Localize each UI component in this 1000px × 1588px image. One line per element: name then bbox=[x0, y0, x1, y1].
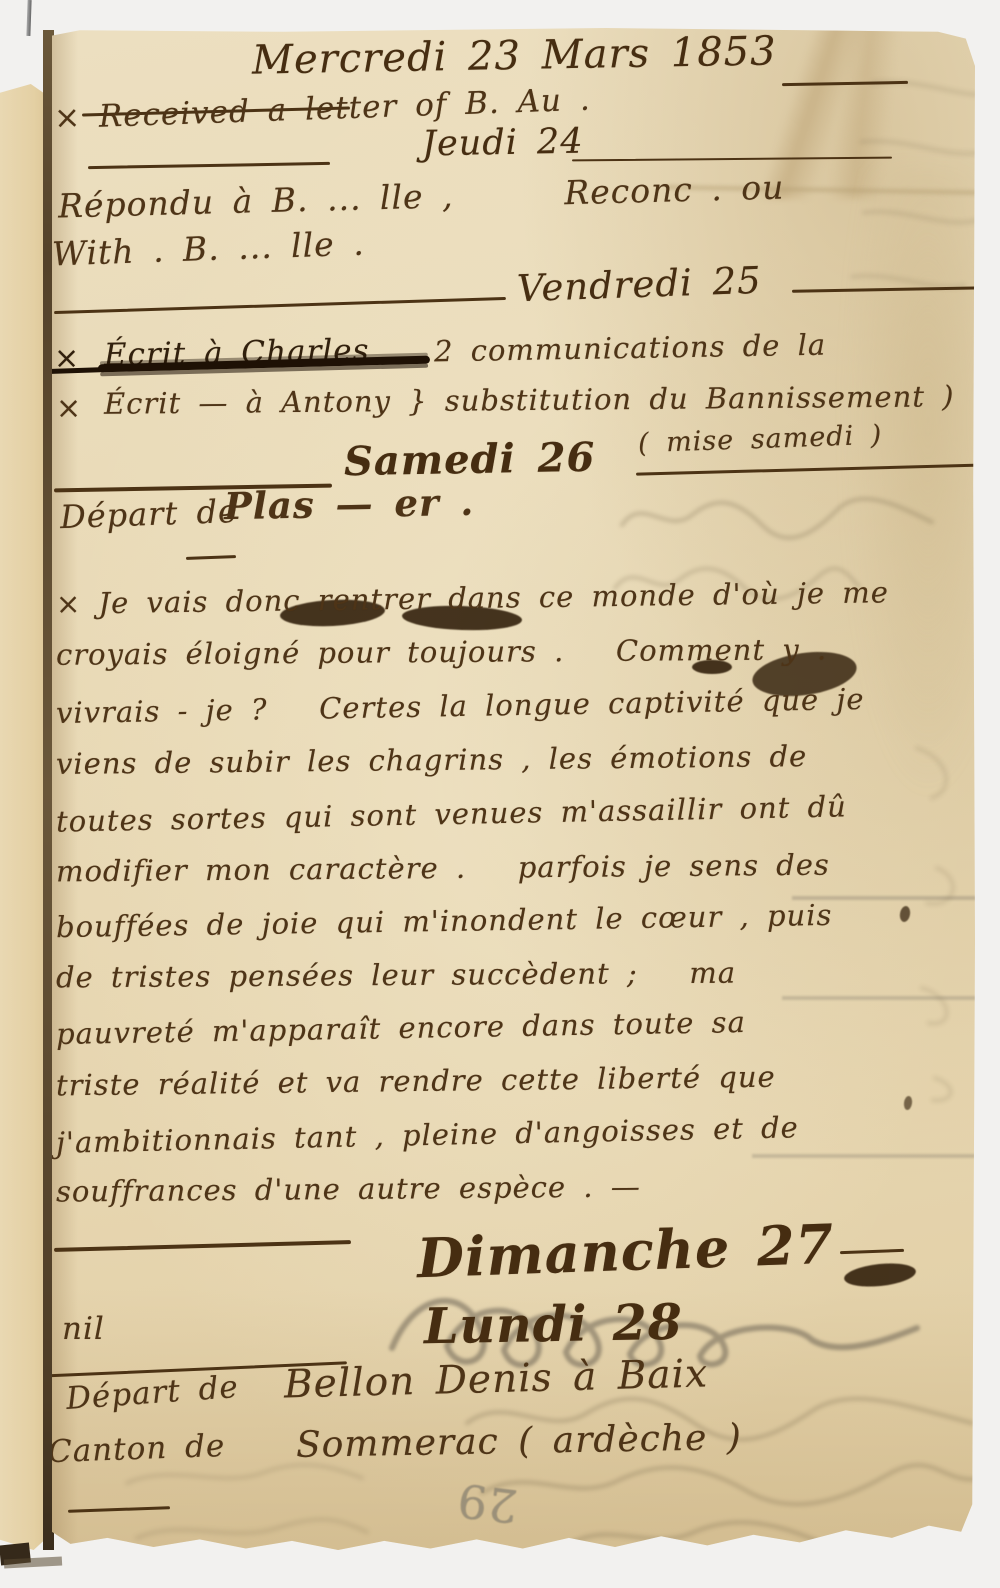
bleed-through-writing bbox=[452, 1383, 992, 1563]
ink-blot bbox=[903, 1096, 913, 1111]
rule-dash bbox=[54, 1240, 351, 1252]
manuscript-page: Mercredi 23 Mars 1853 × Received a lette… bbox=[52, 28, 975, 1550]
rule-dash bbox=[572, 157, 892, 162]
paragraph-line: croyais éloigné pour toujours . Comment … bbox=[56, 635, 827, 669]
entry-saturday-note-value: Plas — er . bbox=[224, 484, 475, 525]
entry-monday-line2-value: Sommerac ( ardèche ) bbox=[296, 1420, 742, 1464]
page-number-annotation: 29 bbox=[454, 1476, 520, 1529]
scanned-manuscript: Mercredi 23 Mars 1853 × Received a lette… bbox=[0, 0, 1000, 1588]
rule-dash bbox=[54, 297, 506, 314]
paragraph-line: modifier mon caractère . parfois je sens… bbox=[56, 851, 830, 887]
paragraph-line: de tristes pensées leur succèdent ; ma bbox=[56, 959, 736, 993]
paragraph-line: vivrais - je ? Certes la longue captivit… bbox=[56, 685, 865, 728]
paragraph-line: viens de subir les chagrins , les émotio… bbox=[56, 742, 807, 779]
bleed-through-rule bbox=[782, 996, 982, 1000]
entry-saturday-note-label: Départ de bbox=[59, 495, 238, 533]
rule-dash bbox=[782, 81, 908, 86]
bleed-through-writing bbox=[830, 61, 1000, 315]
paragraph-line: triste réalité et va rendre cette libert… bbox=[56, 1063, 776, 1101]
rule-dash bbox=[88, 162, 330, 169]
paragraph-line: toutes sortes qui sont venues m'assailli… bbox=[56, 792, 847, 836]
bleed-through-rule bbox=[752, 1154, 982, 1158]
paragraph-line: × Je vais donc rentrer dans ce monde d'o… bbox=[56, 578, 889, 619]
ink-blot bbox=[843, 1260, 917, 1289]
entry-header-saturday: Samedi 26 bbox=[344, 438, 596, 482]
binding-remnant bbox=[4, 1556, 62, 1568]
entry-header-thursday: Jeudi 24 bbox=[422, 125, 584, 163]
entry-monday-line2-label: Canton de bbox=[48, 1431, 226, 1468]
rule-underline bbox=[186, 555, 236, 560]
rule-dash bbox=[68, 1506, 170, 1513]
rule-dash bbox=[840, 1249, 904, 1254]
paragraph-line: pauvreté m'apparaît encore dans toute sa bbox=[56, 1008, 746, 1049]
entry-header-sunday: Dimanche 27 bbox=[416, 1217, 835, 1286]
rule-dash bbox=[792, 286, 990, 292]
paper-stain bbox=[847, 168, 982, 798]
entry-friday-line1: 2 communications de la bbox=[434, 331, 827, 367]
binding-pin bbox=[26, 0, 31, 36]
rule-underline bbox=[636, 463, 990, 475]
entry-note-repondu-line2: With . B. ... lle . bbox=[52, 227, 366, 271]
entry-header-friday: Vendredi 25 bbox=[516, 262, 762, 308]
entry-monday-line1-value: Bellon Denis à Baix bbox=[284, 1354, 709, 1404]
margin-cross-mark: × bbox=[56, 394, 82, 424]
entry-sunday-note: nil bbox=[62, 1314, 105, 1345]
entry-note-repondu-line1: Répondu à B. ... lle , Reconc . ou bbox=[58, 170, 785, 222]
entry-header-monday: Lundi 28 bbox=[424, 1298, 684, 1352]
entry-friday-line2: Écrit — à Antony } substitution du Banni… bbox=[104, 382, 955, 418]
entry-header-wednesday: Mercredi 23 Mars 1853 bbox=[252, 31, 777, 80]
entry-friday-insertion: ( mise samedi ) bbox=[638, 422, 883, 458]
paragraph-line: j'ambitionnais tant , pleine d'angoisses… bbox=[56, 1113, 799, 1158]
bleed-through-writing bbox=[612, 480, 942, 550]
paragraph-line: bouffées de joie qui m'inondent le cœur … bbox=[56, 901, 833, 942]
paragraph-line: souffrances d'une autre espèce . — bbox=[56, 1172, 641, 1206]
entry-monday-line1-label: Départ de bbox=[65, 1372, 240, 1415]
ink-blot bbox=[899, 905, 912, 922]
